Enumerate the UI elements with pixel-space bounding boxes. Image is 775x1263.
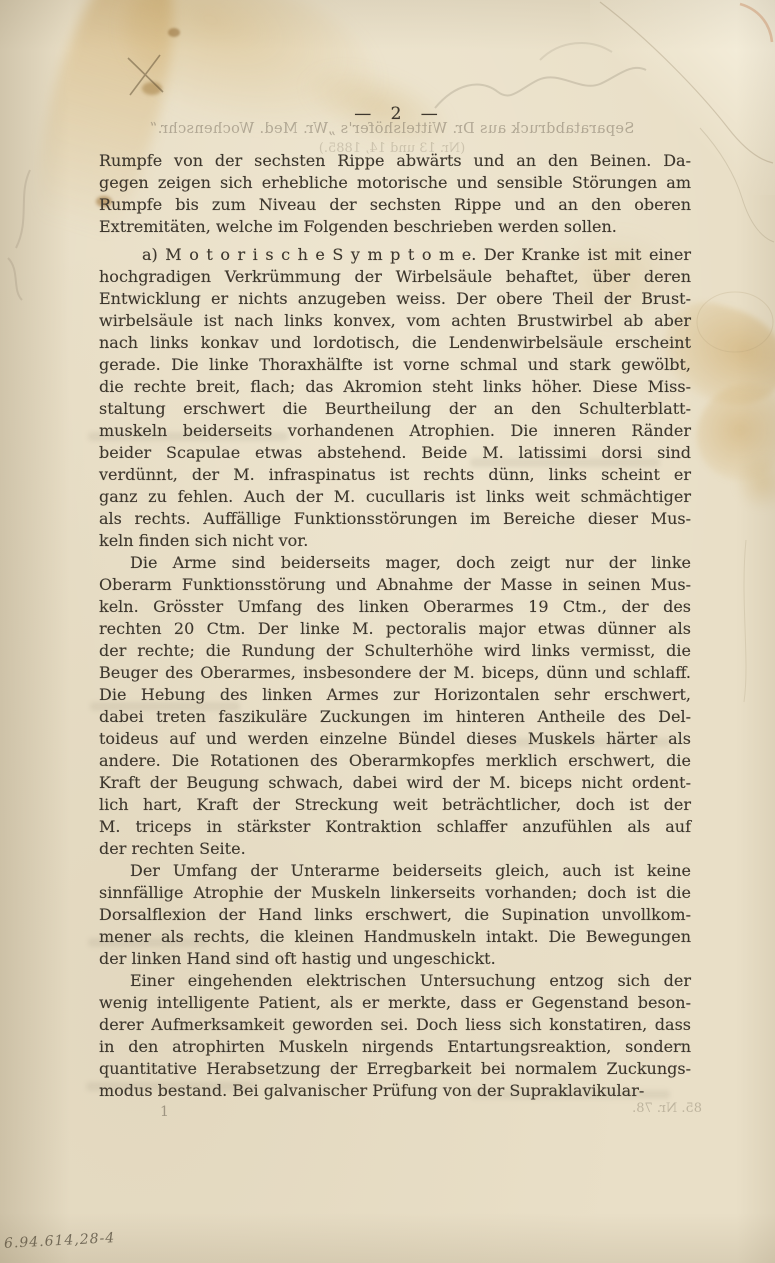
- pencil-scribble: [540, 43, 612, 60]
- text-line: der rechten Seite.: [99, 838, 691, 860]
- text-line: toideus auf und werden einzelne Bündel d…: [99, 728, 691, 750]
- bleedthrough-footer: 85. Nr. 78.: [592, 1101, 702, 1116]
- text-line: Extremitäten, welche im Folgenden beschr…: [99, 216, 691, 238]
- text-line: Rumpfe von der sechsten Rippe abwärts un…: [99, 150, 691, 172]
- text-line: quantitative Herabsetzung der Erregbarke…: [99, 1058, 691, 1080]
- paragraph: Der Umfang der Unterarme beiderseits gle…: [99, 860, 691, 970]
- scanned-document-page: Separatabdruck aus Dr. Wittelshöfer's „W…: [0, 0, 775, 1263]
- page-number: — 2 —: [100, 104, 692, 124]
- stain-speck: [142, 82, 162, 95]
- text-line: lich hart, Kraft der Streckung weit betr…: [99, 794, 691, 816]
- text-line: derer Aufmerksamkeit geworden sei. Doch …: [99, 1014, 691, 1036]
- text-line: staltung erschwert die Beurtheilung der …: [99, 398, 691, 420]
- signature-mark: 1: [160, 1104, 169, 1120]
- text-line: die rechte breit, flach; das Akromion st…: [99, 376, 691, 398]
- text-line: in den atrophirten Muskeln nirgends Enta…: [99, 1036, 691, 1058]
- text-line: wenig intelligente Patient, als er merkt…: [99, 992, 691, 1014]
- text-line: mener als rechts, die kleinen Handmuskel…: [99, 926, 691, 948]
- text-line: wirbelsäule ist nach links konvex, vom a…: [99, 310, 691, 332]
- paragraph: Einer eingehenden elektrischen Untersuch…: [99, 970, 691, 1102]
- text-line: M. triceps in stärkster Kontraktion schl…: [99, 816, 691, 838]
- text-line: a) M o t o r i s c h e S y m p t o m e. …: [99, 244, 691, 266]
- body-text: Rumpfe von der sechsten Rippe abwärts un…: [99, 150, 691, 1102]
- text-line: gerade. Die linke Thoraxhälfte ist vorne…: [99, 354, 691, 376]
- text-line: Die Hebung des linken Armes zur Horizont…: [99, 684, 691, 706]
- glue-stain: [735, 455, 775, 510]
- pencil-scribble: [435, 68, 646, 108]
- text-line: beider Scapulae etwas abstehend. Beide M…: [99, 442, 691, 464]
- paragraph: Die Arme sind beiderseits mager, doch ze…: [99, 552, 691, 860]
- text-line: muskeln beiderseits vorhandenen Atrophie…: [99, 420, 691, 442]
- text-line: gegen zeigen sich erhebliche motorische …: [99, 172, 691, 194]
- text-line: sinnfällige Atrophie der Muskeln linkers…: [99, 882, 691, 904]
- text-line: Einer eingehenden elektrischen Untersuch…: [99, 970, 691, 992]
- text-line: dabei treten faszikuläre Zuckungen im hi…: [99, 706, 691, 728]
- text-line: Die Arme sind beiderseits mager, doch ze…: [99, 552, 691, 574]
- text-line: nach links konkav und lordotisch, die Le…: [99, 332, 691, 354]
- pencil-scribble: [8, 170, 30, 300]
- glue-stain: [682, 368, 775, 497]
- text-line: als rechts. Auffällige Funktionsstörunge…: [99, 508, 691, 530]
- text-line: modus bestand. Bei galvanischer Prüfung …: [99, 1080, 691, 1102]
- text-line: Rumpfe bis zum Niveau der sechsten Rippe…: [99, 194, 691, 216]
- text-line: Dorsalflexion der Hand links erschwert, …: [99, 904, 691, 926]
- text-line: Oberarm Funktionsstörung und Abnahme der…: [99, 574, 691, 596]
- crease-x-mark: [128, 55, 163, 95]
- text-line: keln. Grösster Umfang des linken Oberarm…: [99, 596, 691, 618]
- stain-speck: [168, 28, 180, 37]
- paragraph: Rumpfe von der sechsten Rippe abwärts un…: [99, 150, 691, 238]
- text-line: keln finden sich nicht vor.: [99, 530, 691, 552]
- shelfmark-handwritten: 6.94.614,28-4: [4, 1230, 116, 1252]
- text-line: ganz zu fehlen. Auch der M. cucullaris i…: [99, 486, 691, 508]
- text-line: andere. Die Rotationen des Oberarmkopfes…: [99, 750, 691, 772]
- paragraph: a) M o t o r i s c h e S y m p t o m e. …: [99, 244, 691, 552]
- text-line: verdünnt, der M. infraspinatus ist recht…: [99, 464, 691, 486]
- text-line: Der Umfang der Unterarme beiderseits gle…: [99, 860, 691, 882]
- text-line: der linken Hand sind oft hastig und unge…: [99, 948, 691, 970]
- text-line: rechten 20 Ctm. Der linke M. pectoralis …: [99, 618, 691, 640]
- text-line: Beuger des Oberarmes, insbesondere der M…: [99, 662, 691, 684]
- ring-stain: [697, 292, 773, 352]
- text-line: der rechte; die Rundung der Schulterhöhe…: [99, 640, 691, 662]
- text-line: hochgradigen Verkrümmung der Wirbelsäule…: [99, 266, 691, 288]
- red-stain-arc: [740, 4, 772, 42]
- text-line: Entwicklung er nichts anzugeben weiss. D…: [99, 288, 691, 310]
- text-line: Kraft der Beugung schwach, dabei wird de…: [99, 772, 691, 794]
